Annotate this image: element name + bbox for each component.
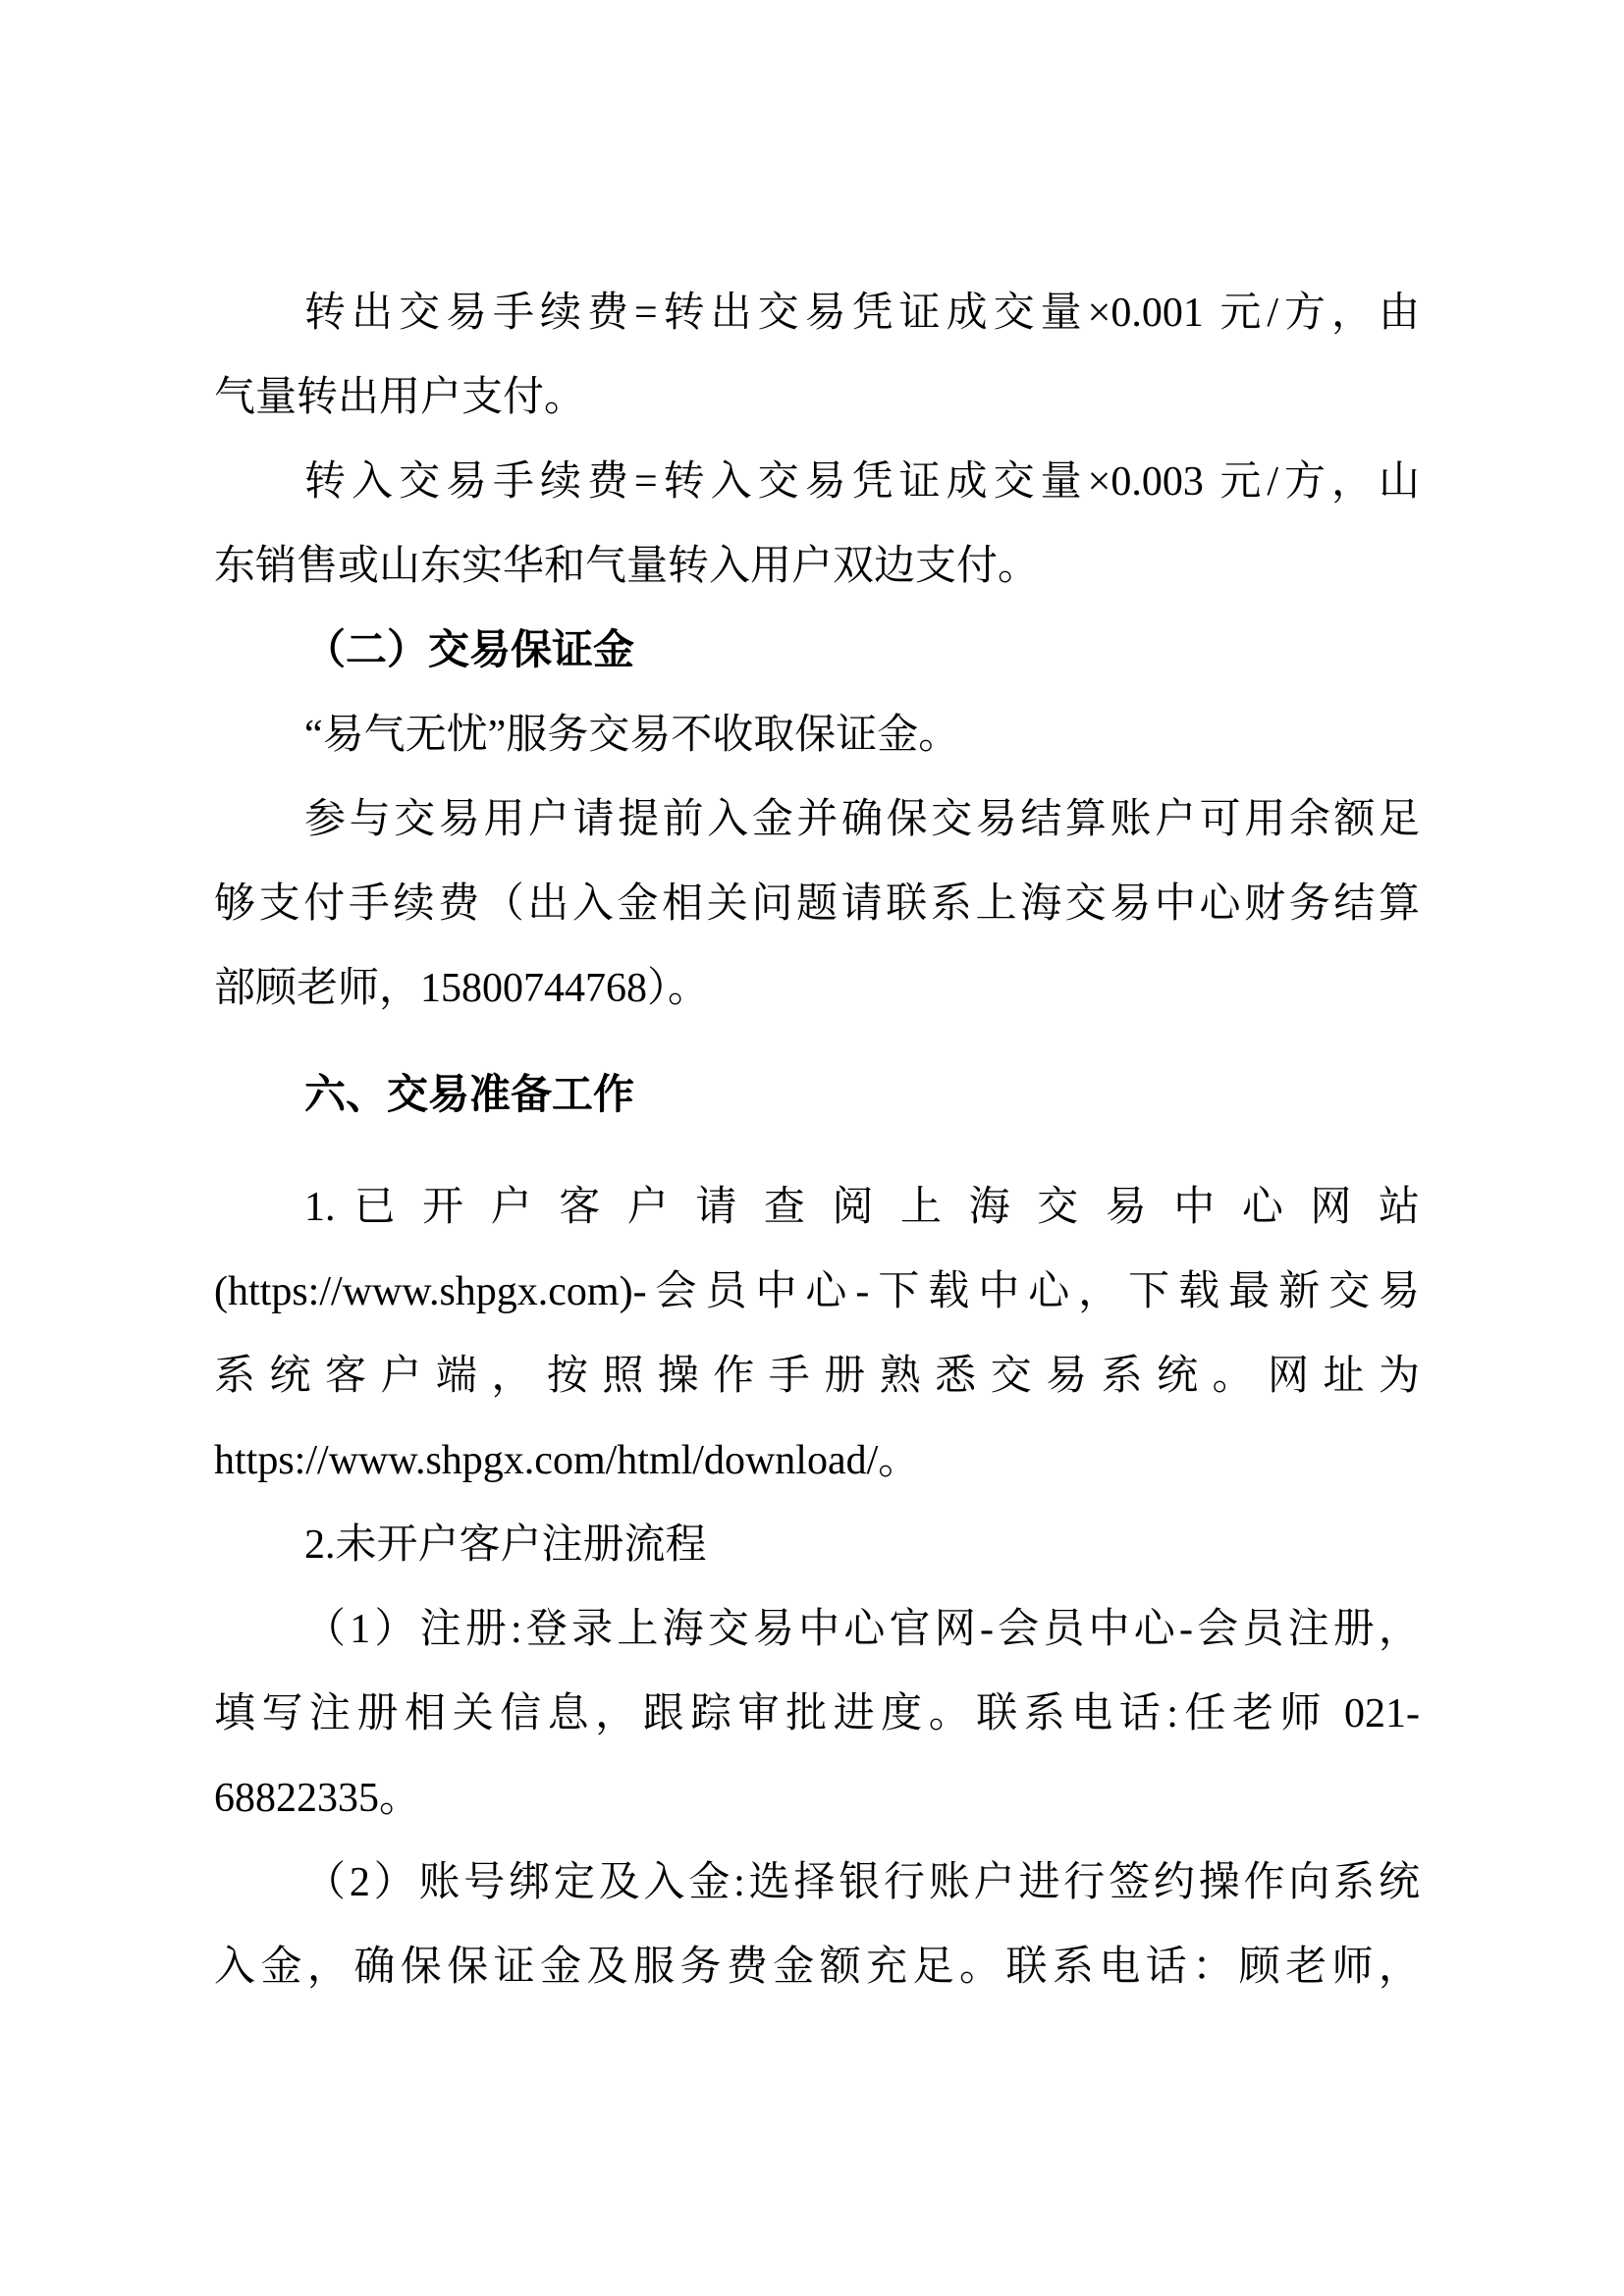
paragraph-line: 2.未开户客户注册流程 (214, 1503, 1420, 1587)
paragraph-line: （1）注册:登录上海交易中心官网-会员中心-会员注册， (214, 1587, 1420, 1672)
section-heading: （二）交易保证金 (214, 609, 1420, 693)
paragraph-line: 68822335。 (214, 1756, 1420, 1841)
paragraph-line: 参与交易用户请提前入金并确保交易结算账户可用余额足 (214, 777, 1420, 862)
paragraph-line: 气量转出用户支付。 (214, 355, 1420, 440)
paragraph-line: 系 统 客 户 端 ， 按 照 操 作 手 册 熟 悉 交 易 系 统 。 网 … (214, 1334, 1420, 1418)
paragraph-line: https://www.shpgx.com/html/download/。 (214, 1418, 1420, 1503)
paragraph-line: 1. 已 开 户 客 户 请 查 阅 上 海 交 易 中 心 网 站 (214, 1165, 1420, 1250)
paragraph-line: 转出交易手续费=转出交易凭证成交量×0.001 元/方，由 (214, 271, 1420, 355)
paragraph-line: 够支付手续费（出入金相关问题请联系上海交易中心财务结算 (214, 862, 1420, 946)
paragraph-line: 转入交易手续费=转入交易凭证成交量×0.003 元/方，山 (214, 440, 1420, 524)
paragraph-line: 部顾老师，15800744768）。 (214, 946, 1420, 1031)
section-heading: 六、交易准备工作 (214, 1053, 1420, 1138)
document-page: 转出交易手续费=转出交易凭证成交量×0.001 元/方，由气量转出用户支付。转入… (0, 0, 1624, 2296)
paragraph-line: 东销售或山东实华和气量转入用户双边支付。 (214, 524, 1420, 609)
paragraph-line: (https://www.shpgx.com)-会员中心-下载中心，下载最新交易 (214, 1250, 1420, 1334)
paragraph-line: “易气无忧”服务交易不收取保证金。 (214, 693, 1420, 777)
paragraph-line: （2）账号绑定及入金:选择银行账户进行签约操作向系统 (214, 1841, 1420, 1925)
paragraph-line: 入金，确保保证金及服务费金额充足。联系电话：顾老师， (214, 1925, 1420, 2009)
document-body: 转出交易手续费=转出交易凭证成交量×0.001 元/方，由气量转出用户支付。转入… (214, 271, 1420, 2009)
paragraph-line: 填写注册相关信息，跟踪审批进度。联系电话:任老师 021- (214, 1672, 1420, 1756)
